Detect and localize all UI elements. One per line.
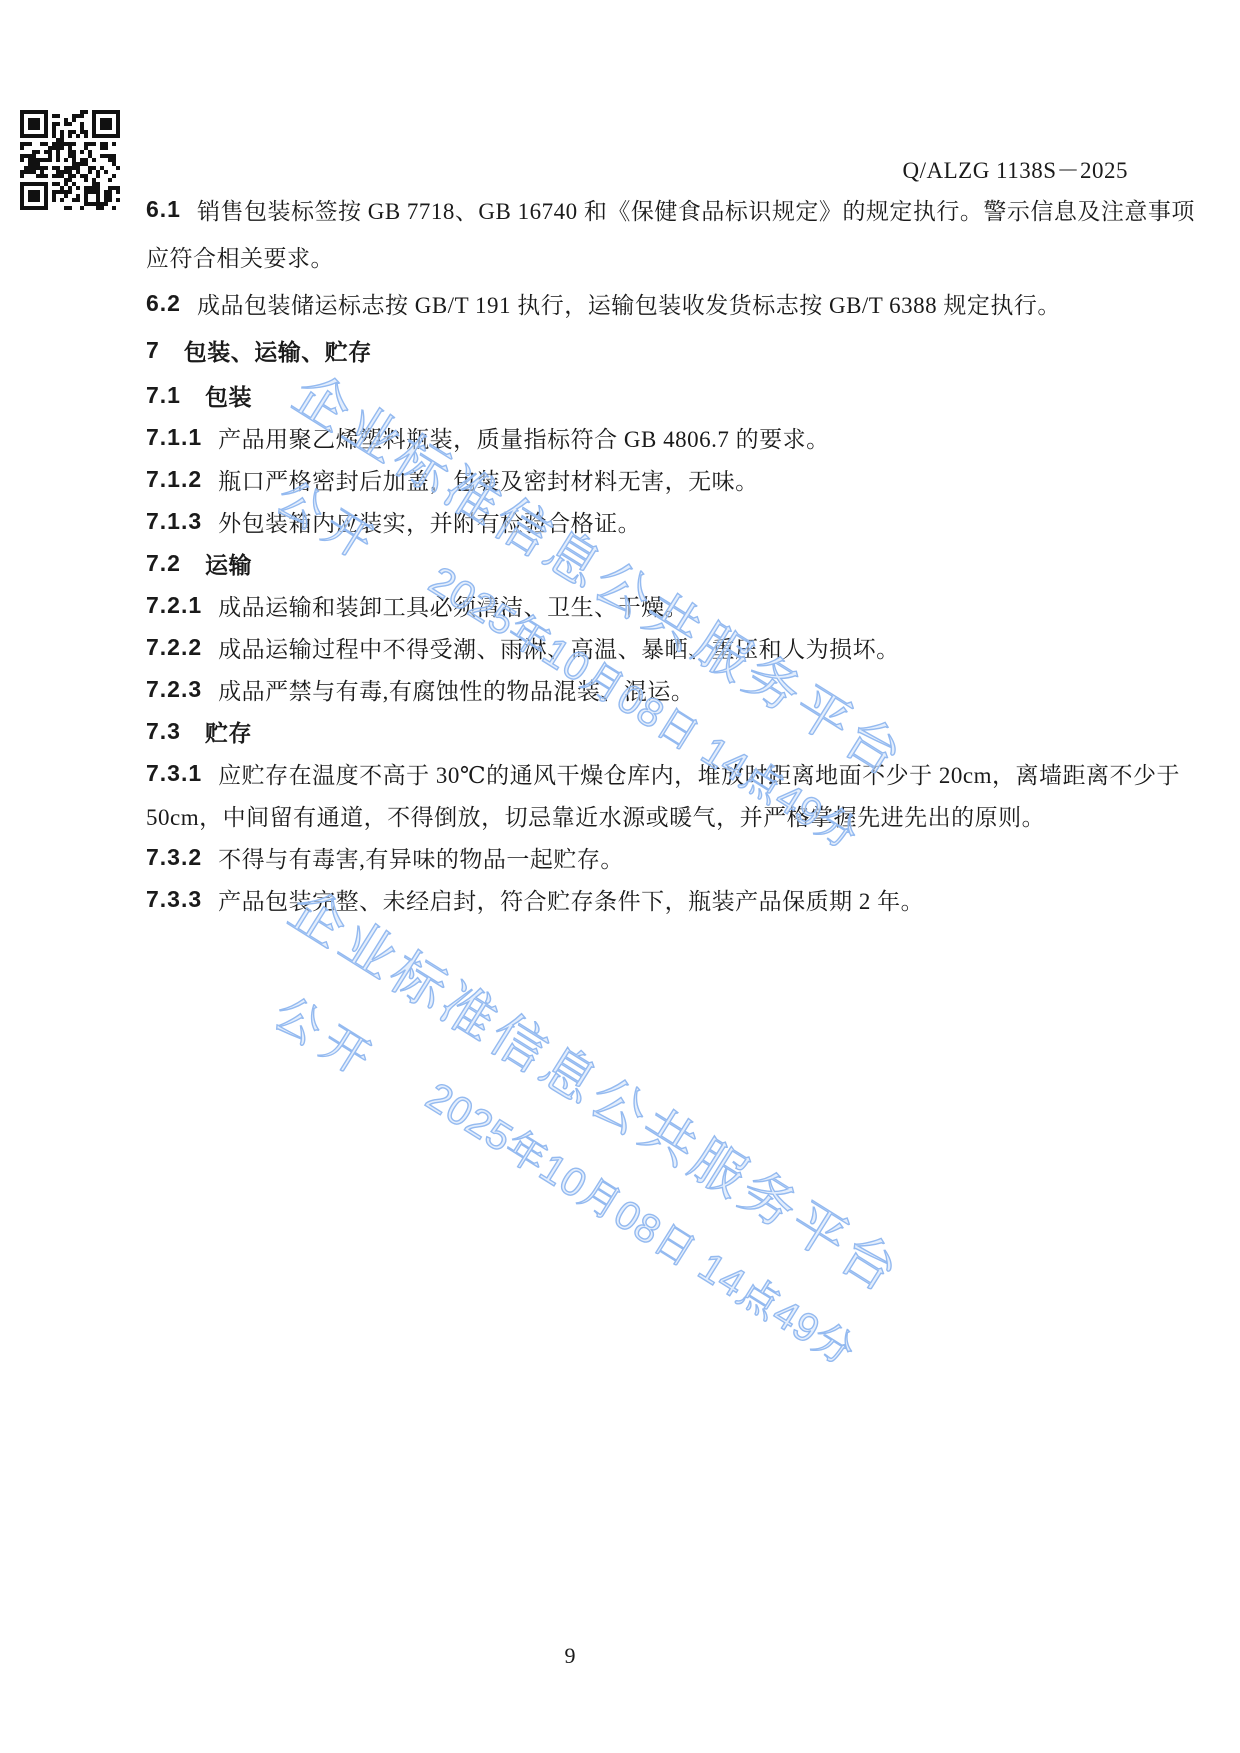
watermark-timestamp: 2025年10月08日 14点49分	[417, 1066, 868, 1377]
clause-number: 7.3.2	[146, 844, 202, 871]
document-body: 6.1销售包装标签按 GB 7718、GB 16740 和《保健食品标识规定》的…	[146, 186, 1180, 920]
watermark-platform-text: 企业标准信息公共服务平台	[277, 868, 918, 1308]
clause-text: 贮存	[205, 715, 252, 748]
clause-6.1: 6.1销售包装标签按 GB 7718、GB 16740 和《保健食品标识规定》的…	[146, 186, 1180, 233]
clause-7.2: 7.2运输	[146, 542, 1180, 584]
clause-7.3: 7.3贮存	[146, 710, 1180, 752]
clause-number: 7.2.1	[146, 592, 202, 619]
clause-7.2.2: 7.2.2成品运输过程中不得受潮、雨淋、高温、暴晒、重压和人为损坏。	[146, 626, 1180, 668]
clause-6.2: 6.2成品包装储运标志按 GB/T 191 执行，运输包装收发货标志按 GB/T…	[146, 280, 1180, 327]
standard-number-header: Q/ALZG 1138S－2025	[902, 152, 1128, 185]
watermark-public-label: 公开	[263, 978, 393, 1093]
clause-number: 7.3	[146, 718, 181, 745]
clause-7.3.2: 7.3.2不得与有毒害,有异味的物品一起贮存。	[146, 836, 1180, 878]
clause-number: 7.3.1	[146, 760, 202, 787]
clause-text: 产品用聚乙烯塑料瓶装，质量指标符合 GB 4806.7 的要求。	[218, 421, 829, 454]
clause-number: 7.1.3	[146, 508, 202, 535]
clause-text: 成品严禁与有毒,有腐蚀性的物品混装、混运。	[218, 673, 694, 706]
clause-number: 6.2	[146, 290, 181, 317]
clause-7.1.1: 7.1.1产品用聚乙烯塑料瓶装，质量指标符合 GB 4806.7 的要求。	[146, 416, 1180, 458]
clause-text: 包装	[205, 379, 252, 412]
clause-number: 7.2.3	[146, 676, 202, 703]
clause-text: 应贮存在温度不高于 30℃的通风干燥仓库内，堆放时距离地面不少于 20cm，离墙…	[218, 757, 1180, 790]
clause-text: 50cm，中间留有通道，不得倒放，切忌靠近水源或暖气，并严格掌握先进先出的原则。	[146, 799, 1045, 832]
clause-7.2.1: 7.2.1成品运输和装卸工具必须清洁、卫生、干燥。	[146, 584, 1180, 626]
clause-number: 7.1.1	[146, 424, 202, 451]
clause-number: 7.2	[146, 550, 181, 577]
clause-text: 瓶口严格密封后加盖，包装及密封材料无害，无味。	[218, 463, 759, 496]
clause-7.1.3: 7.1.3外包装箱内应装实，并附有检验合格证。	[146, 500, 1180, 542]
clause-7.3.3: 7.3.3产品包装完整、未经启封，符合贮存条件下，瓶装产品保质期 2 年。	[146, 878, 1180, 920]
clause-number: 7.1.2	[146, 466, 202, 493]
clause-7.2.3: 7.2.3成品严禁与有毒,有腐蚀性的物品混装、混运。	[146, 668, 1180, 710]
clause-text: 包装、运输、贮存	[184, 334, 372, 367]
clause-number: 6.1	[146, 196, 181, 223]
clause-7.3.1: 7.3.1应贮存在温度不高于 30℃的通风干燥仓库内，堆放时距离地面不少于 20…	[146, 752, 1180, 794]
qr-code	[20, 110, 120, 210]
clause-text: 外包装箱内应装实，并附有检验合格证。	[218, 505, 641, 538]
clause-text: 应符合相关要求。	[146, 240, 334, 273]
clause-7.1: 7.1包装	[146, 374, 1180, 416]
clause-number: 7.2.2	[146, 634, 202, 661]
page-number: 9	[0, 1643, 1140, 1669]
clause-number: 7	[146, 337, 160, 364]
clause-text: 不得与有毒害,有异味的物品一起贮存。	[218, 841, 624, 874]
document-page: Q/ALZG 1138S－2025 6.1销售包装标签按 GB 7718、GB …	[0, 0, 1240, 1753]
clause-text: 成品运输过程中不得受潮、雨淋、高温、暴晒、重压和人为损坏。	[218, 631, 900, 664]
clause-continuation-line: 50cm，中间留有通道，不得倒放，切忌靠近水源或暖气，并严格掌握先进先出的原则。	[146, 794, 1180, 836]
clause-text: 销售包装标签按 GB 7718、GB 16740 和《保健食品标识规定》的规定执…	[197, 193, 1195, 226]
clause-7: 7包装、运输、贮存	[146, 327, 1180, 374]
clause-continuation-line: 应符合相关要求。	[146, 233, 1180, 280]
clause-text: 运输	[205, 547, 252, 580]
clause-number: 7.3.3	[146, 886, 202, 913]
clause-text: 成品运输和装卸工具必须清洁、卫生、干燥。	[218, 589, 688, 622]
clause-number: 7.1	[146, 382, 181, 409]
clause-text: 成品包装储运标志按 GB/T 191 执行，运输包装收发货标志按 GB/T 63…	[197, 287, 1061, 320]
clause-text: 产品包装完整、未经启封，符合贮存条件下，瓶装产品保质期 2 年。	[218, 883, 924, 916]
clause-7.1.2: 7.1.2瓶口严格密封后加盖，包装及密封材料无害，无味。	[146, 458, 1180, 500]
